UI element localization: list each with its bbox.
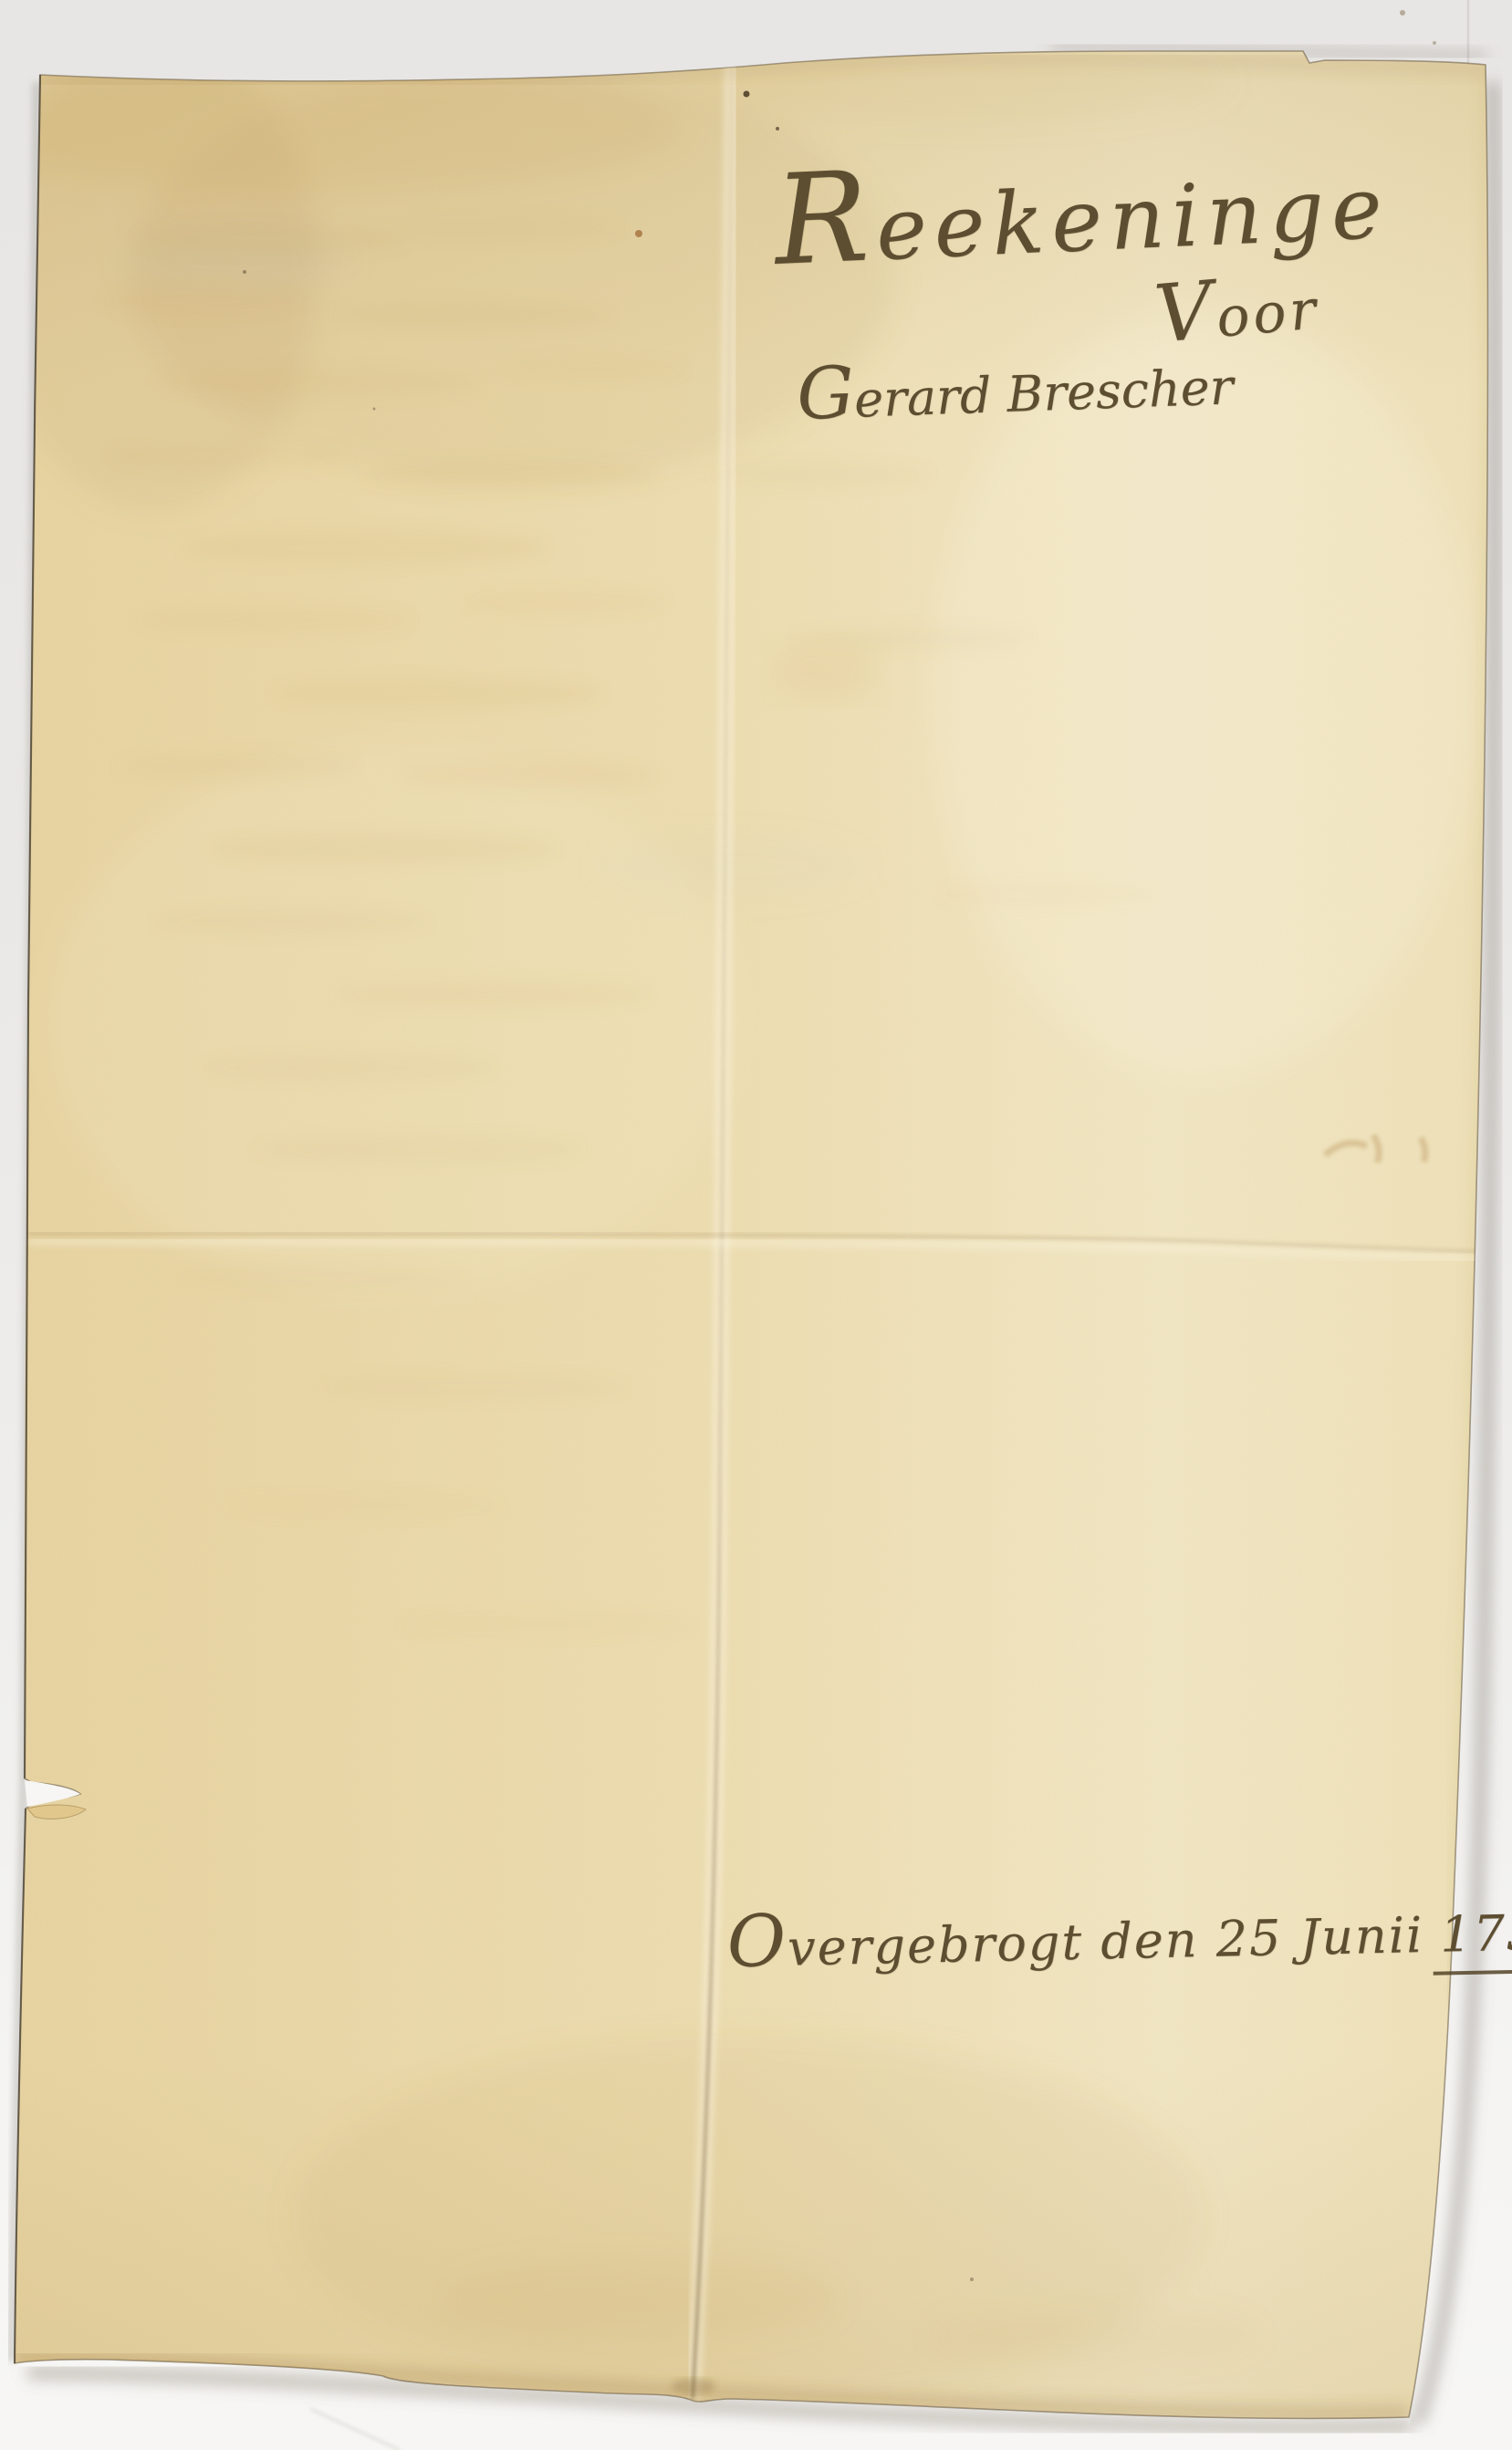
manuscript-preposition: Voor xyxy=(1152,261,1322,354)
scan-background: Reekeninge Voor Gerard Brescher Overgebr… xyxy=(0,0,1512,2450)
paper-scan-graphic xyxy=(0,0,1512,2450)
footer-year-underlined: 1738 xyxy=(1433,1903,1512,1975)
recipient-name: Gerard Brescher xyxy=(796,344,1234,431)
paper-grain-texture xyxy=(0,0,1512,2450)
manuscript-title: Reekeninge xyxy=(772,133,1392,285)
